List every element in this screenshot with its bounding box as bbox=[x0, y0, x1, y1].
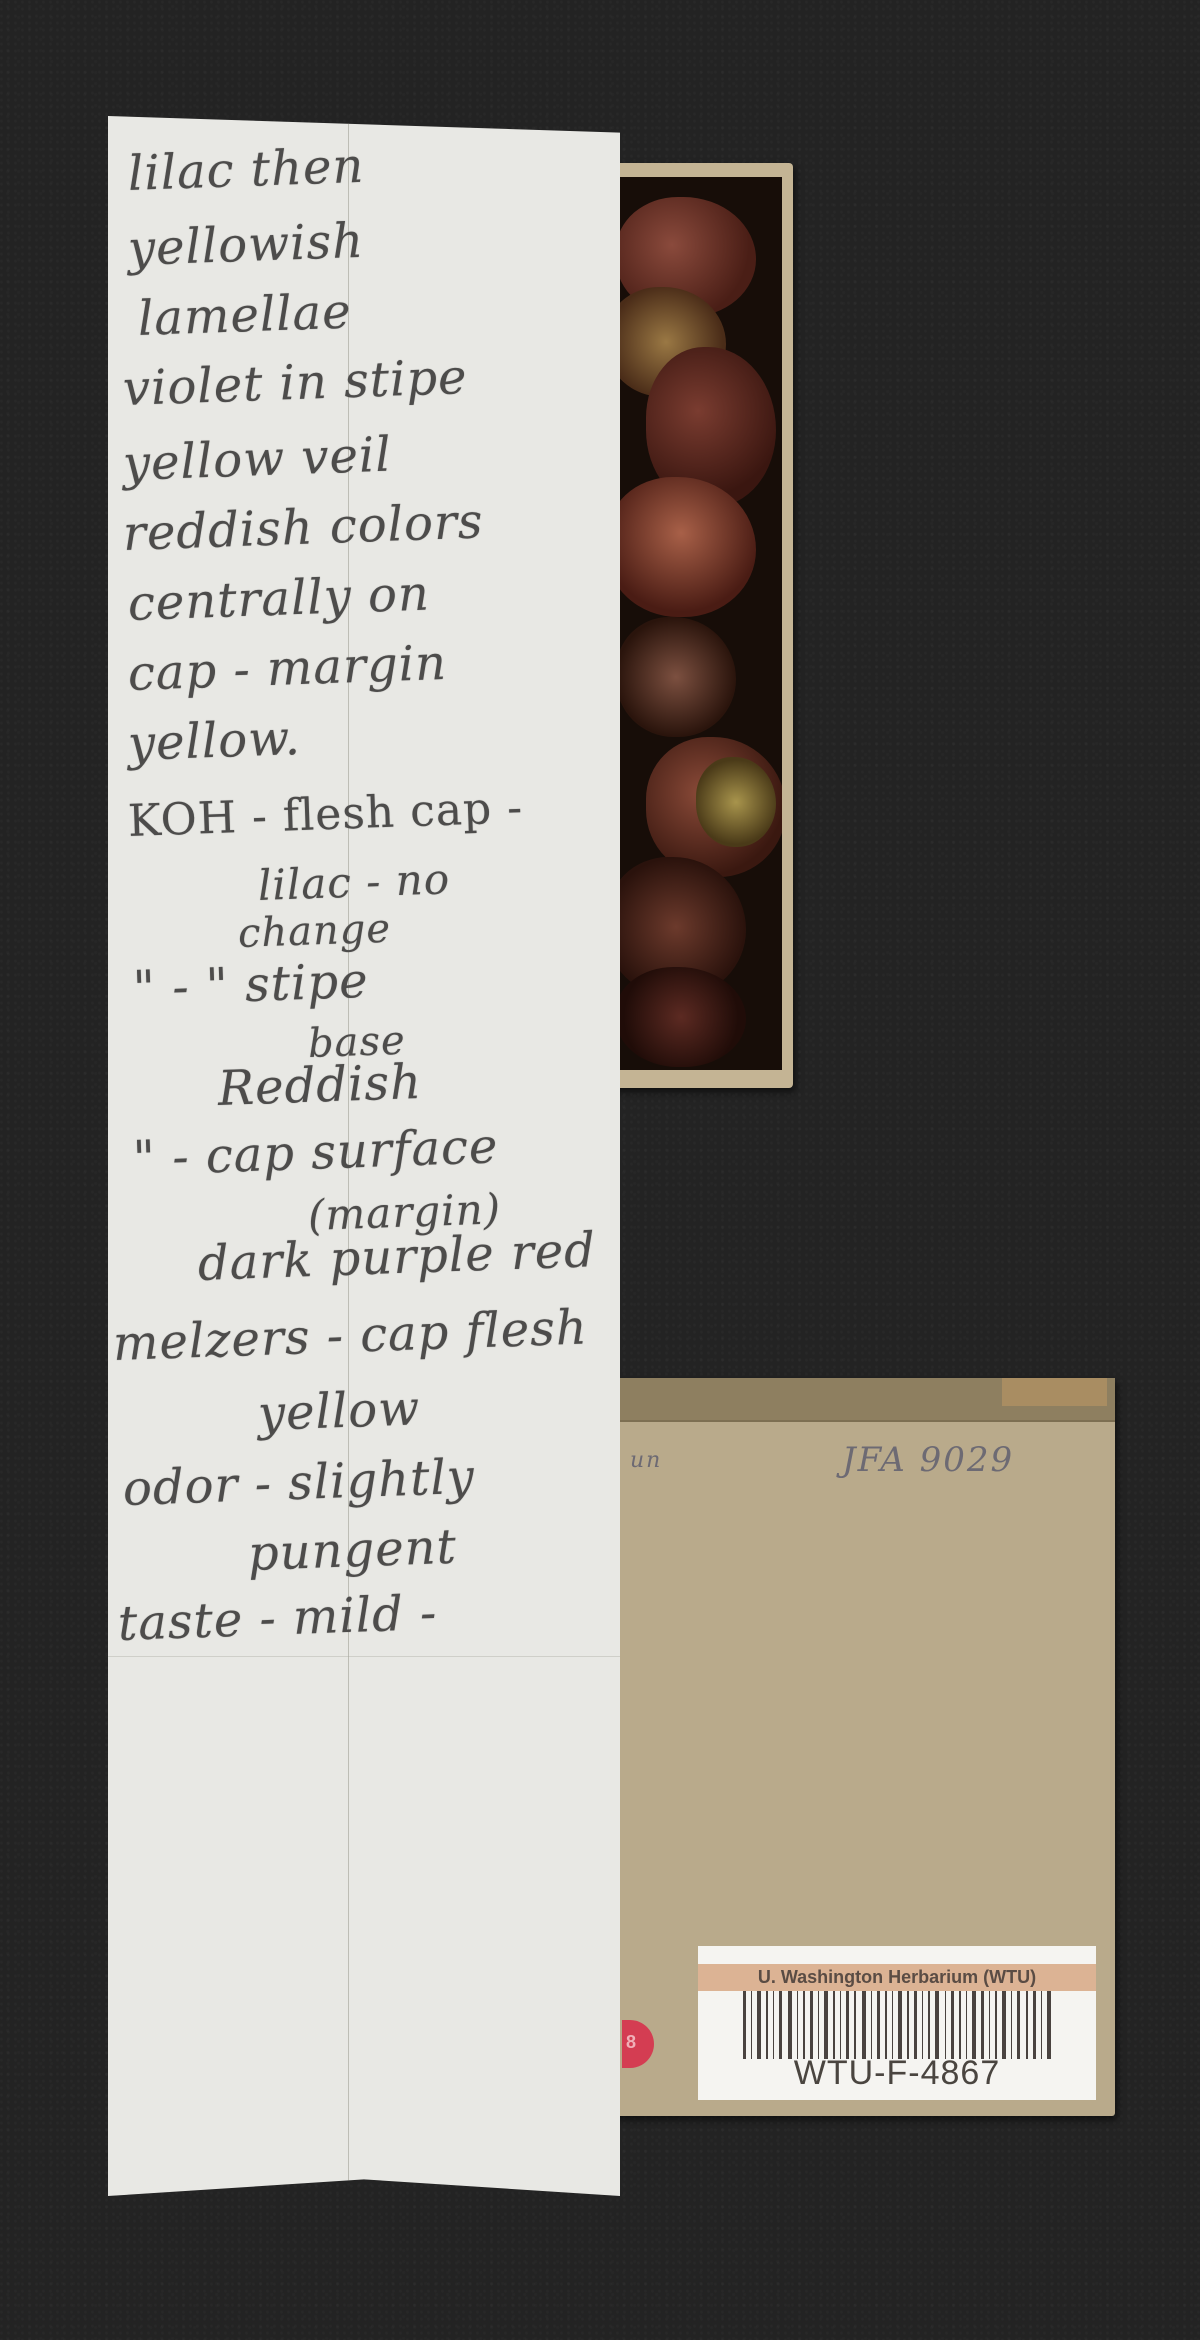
note-line: yellow veil bbox=[122, 427, 392, 492]
handwritten-field-note: lilac then yellowish lamellae violet in … bbox=[108, 116, 620, 2196]
barcode-icon bbox=[743, 1991, 1051, 2059]
note-line: Reddish bbox=[217, 1054, 423, 1117]
barcode-label: U. Washington Herbarium (WTU) WTU-F-4867 bbox=[698, 1946, 1096, 2100]
box-pencil-collection-number: JFA 9029 bbox=[842, 1440, 1014, 1480]
note-line: lilac - no bbox=[257, 854, 451, 910]
note-line: lamellae bbox=[137, 284, 352, 347]
note-line: change bbox=[237, 906, 392, 957]
note-line: melzers - cap flesh bbox=[112, 1299, 589, 1372]
box-pencil-note-left: un bbox=[630, 1448, 662, 1473]
note-line: taste - mild - bbox=[117, 1585, 438, 1652]
dried-fungi-specimens bbox=[606, 177, 782, 1070]
note-line: dark purple red bbox=[197, 1222, 597, 1292]
note-line: KOH - flesh cap - bbox=[127, 782, 524, 847]
catalog-number: WTU-F-4867 bbox=[698, 2054, 1096, 2093]
note-line: yellow bbox=[257, 1380, 421, 1442]
note-line: violet in stipe bbox=[122, 349, 468, 417]
stamp-glyph: 8 bbox=[626, 2032, 636, 2053]
institution-name: U. Washington Herbarium (WTU) bbox=[698, 1964, 1096, 1991]
note-line: " - " stipe bbox=[132, 953, 369, 1017]
fold-crease-horizontal bbox=[108, 1656, 620, 1657]
note-line: cap - margin bbox=[127, 635, 448, 702]
note-line: reddish colors bbox=[122, 493, 484, 562]
note-line: lilac then bbox=[127, 138, 365, 202]
tape-strip bbox=[1002, 1378, 1107, 1406]
note-line: " - cap surface bbox=[132, 1118, 499, 1187]
note-line: yellow. bbox=[127, 710, 302, 772]
note-line: centrally on bbox=[127, 565, 431, 632]
note-line: pungent bbox=[247, 1519, 458, 1582]
note-line: yellowish bbox=[127, 213, 365, 277]
note-line: odor - slightly bbox=[122, 1449, 476, 1517]
specimen-box bbox=[606, 163, 793, 1088]
